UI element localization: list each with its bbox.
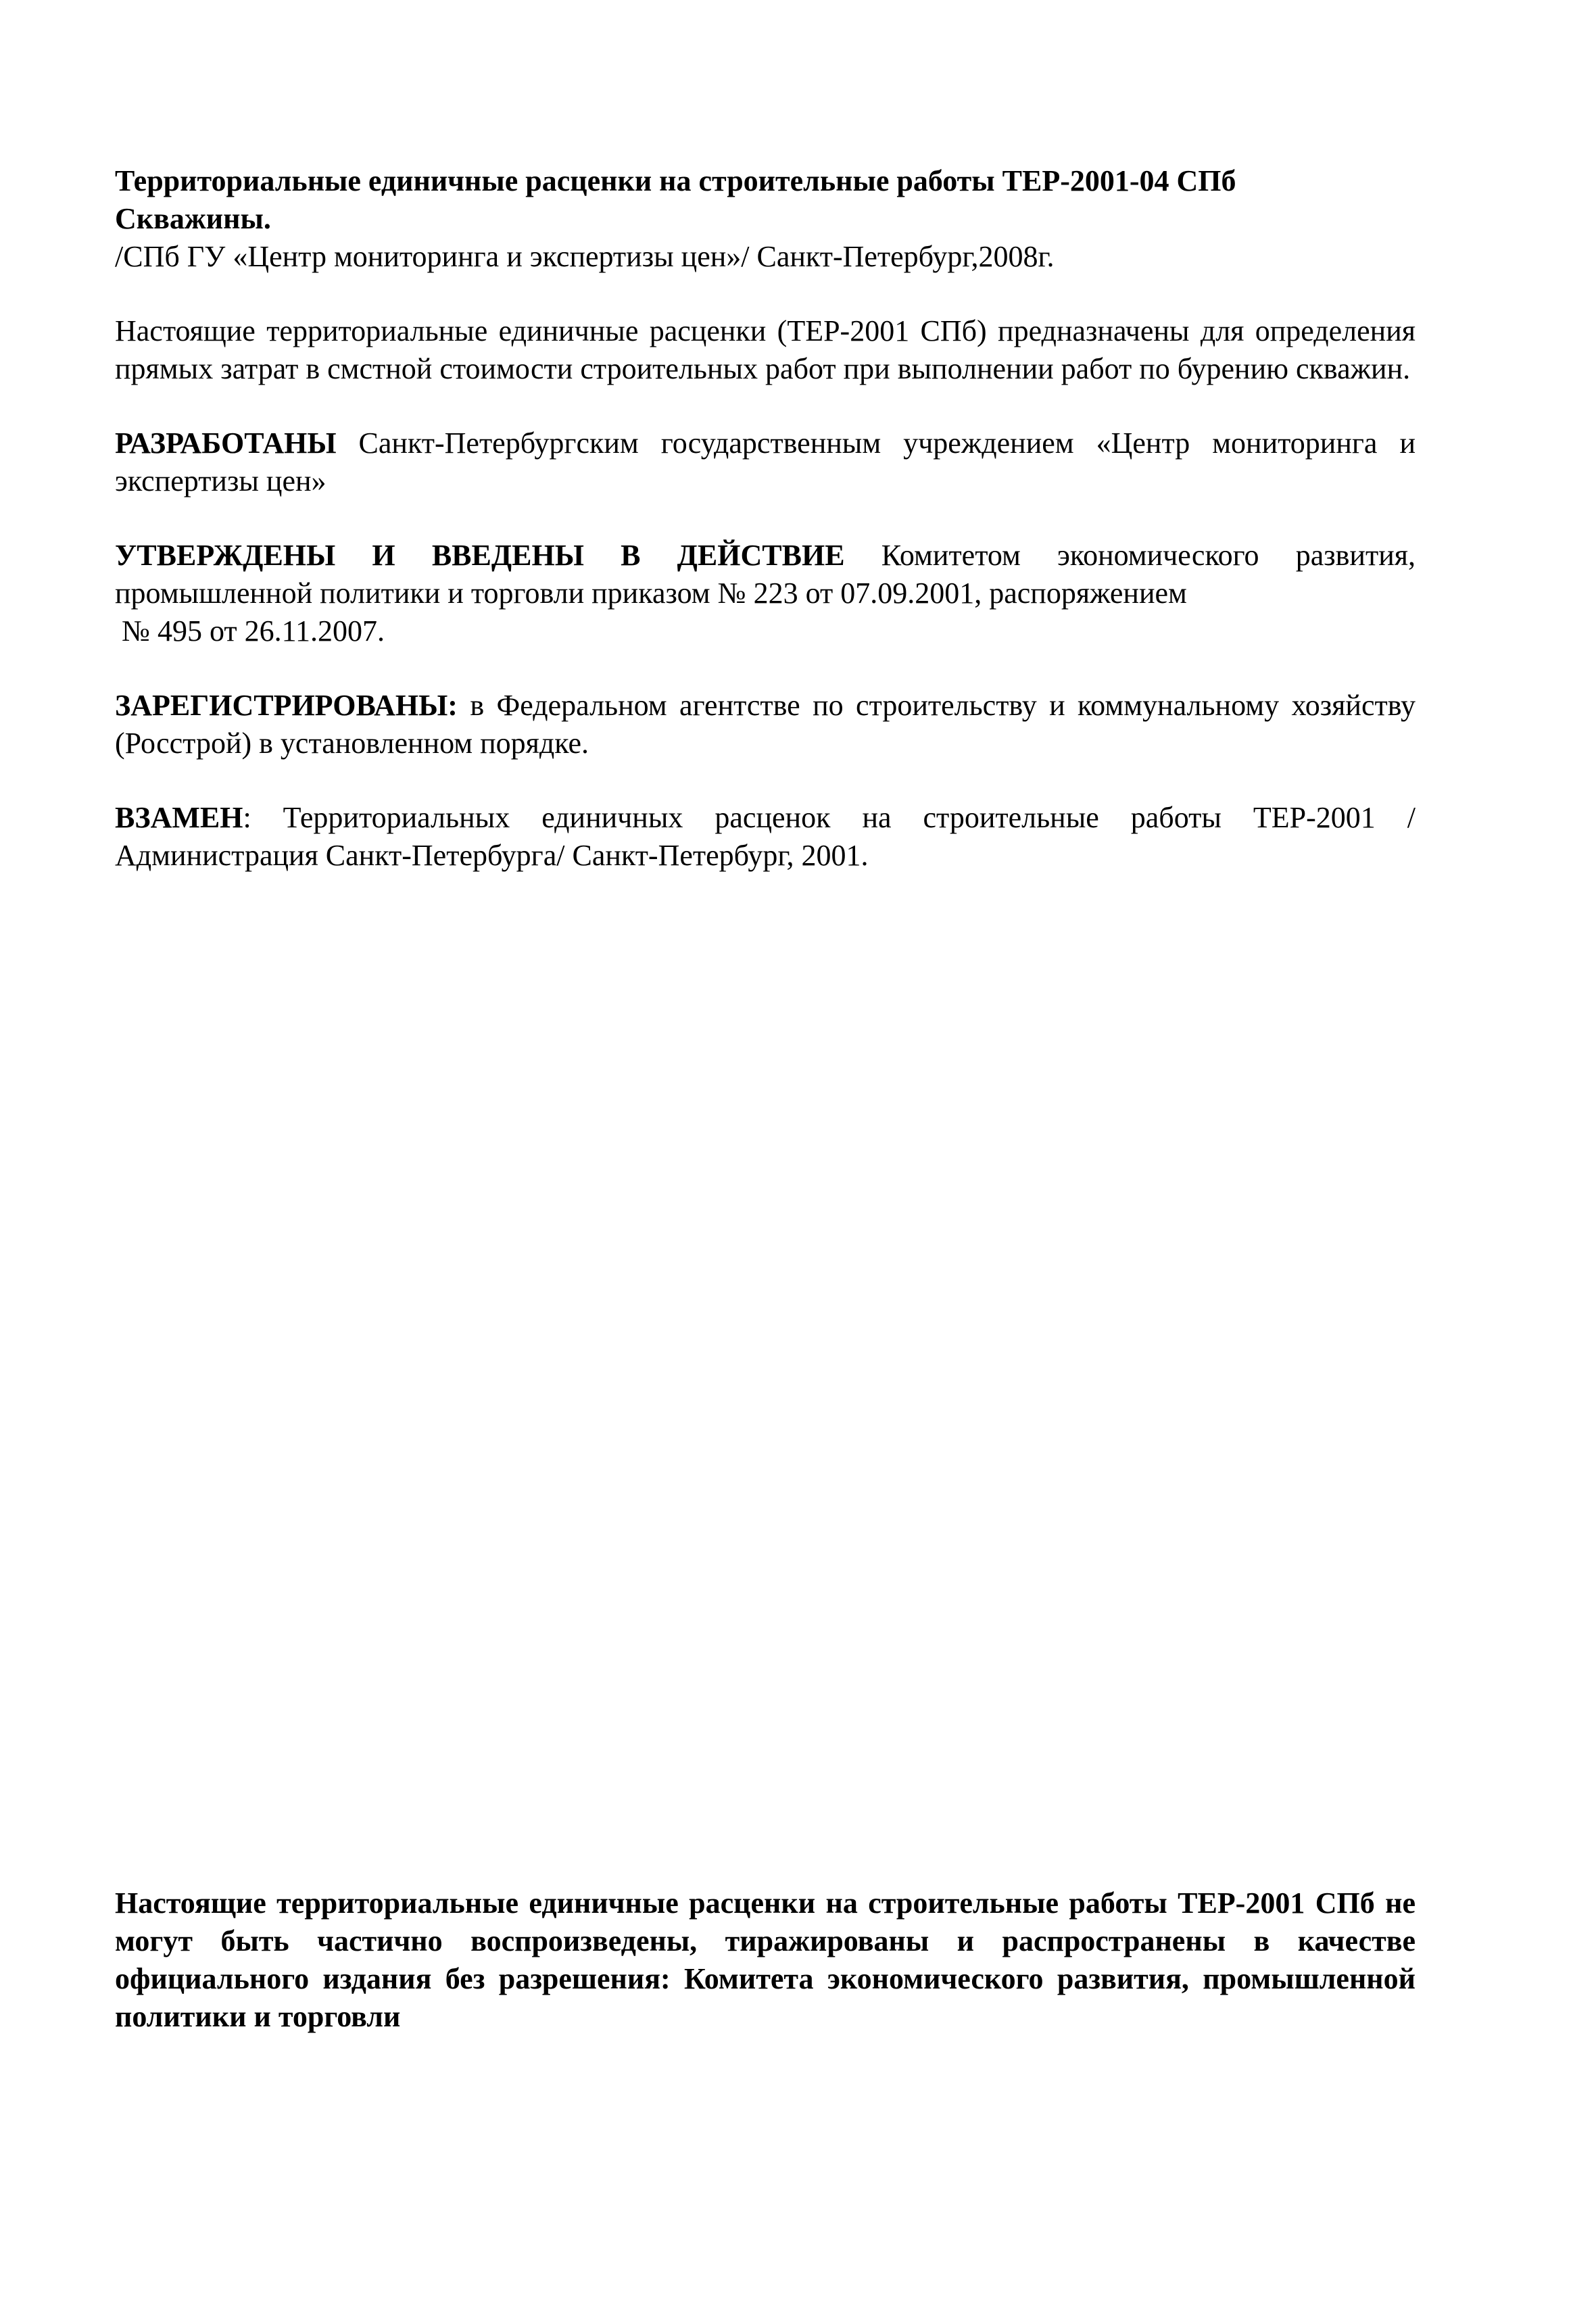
developed-label: РАЗРАБОТАНЫ: [115, 427, 337, 460]
replaces-label: ВЗАМЕН: [115, 801, 243, 834]
document-title: Территориальные единичные расценки на ст…: [115, 162, 1416, 200]
copyright-notice-text: Настоящие территориальные единичные расц…: [115, 1884, 1416, 2036]
registered-label: ЗАРЕГИСТРИРОВАНЫ:: [115, 689, 458, 722]
developed-paragraph: РАЗРАБОТАНЫ Санкт-Петербургским государс…: [115, 424, 1416, 500]
approved-paragraph: УТВЕРЖДЕНЫ И ВВЕДЕНЫ В ДЕЙСТВИЕ Комитето…: [115, 537, 1416, 612]
registered-section: ЗАРЕГИСТРИРОВАНЫ: в Федеральном агентств…: [115, 687, 1416, 762]
approved-section: УТВЕРЖДЕНЫ И ВВЕДЕНЫ В ДЕЙСТВИЕ Комитето…: [115, 537, 1416, 650]
approved-order-text: № 495 от 26.11.2007.: [115, 612, 1416, 650]
replaces-section: ВЗАМЕН: Территориальных единичных расцен…: [115, 799, 1416, 875]
title-block: Территориальные единичные расценки на ст…: [115, 162, 1416, 276]
registered-paragraph: ЗАРЕГИСТРИРОВАНЫ: в Федеральном агентств…: [115, 687, 1416, 762]
replaces-text: : Территориальных единичных расценок на …: [115, 801, 1416, 872]
document-page: Территориальные единичные расценки на ст…: [115, 162, 1416, 911]
approved-order-line: № 495 от 26.11.2007.: [115, 612, 1416, 650]
developed-section: РАЗРАБОТАНЫ Санкт-Петербургским государс…: [115, 424, 1416, 500]
purpose-section: Настоящие территориальные единичные расц…: [115, 312, 1416, 388]
purpose-text: Настоящие территориальные единичные расц…: [115, 312, 1416, 388]
replaces-paragraph: ВЗАМЕН: Территориальных единичных расцен…: [115, 799, 1416, 875]
copyright-notice: Настоящие территориальные единичные расц…: [115, 1884, 1416, 2036]
approved-label: УТВЕРЖДЕНЫ И ВВЕДЕНЫ В ДЕЙСТВИЕ: [115, 539, 845, 572]
publisher-line: /СПб ГУ «Центр мониторинга и экспертизы …: [115, 238, 1416, 276]
document-subtitle: Скважины.: [115, 200, 1416, 238]
